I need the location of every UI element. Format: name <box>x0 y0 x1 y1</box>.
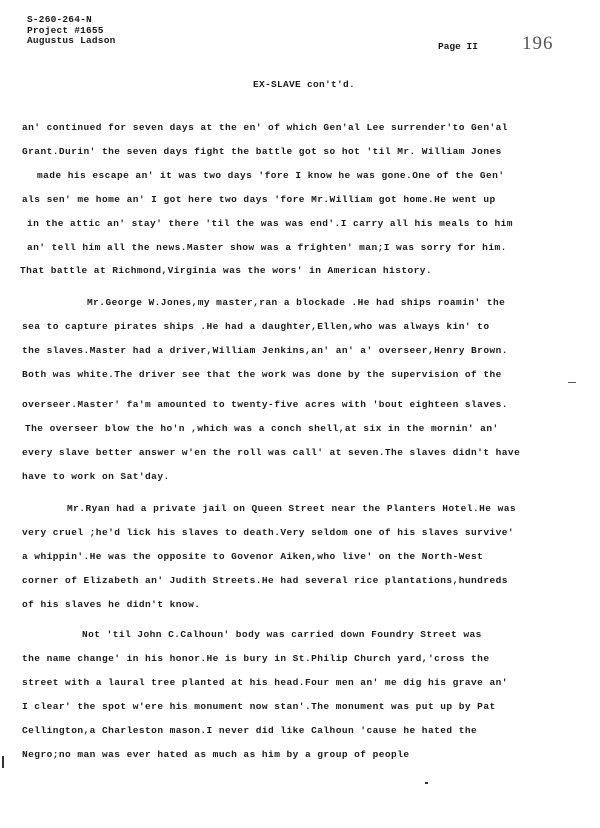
text-line: very cruel ;he'd lick his slaves to deat… <box>22 527 514 538</box>
scan-mark <box>2 756 4 768</box>
scan-mark <box>568 382 576 383</box>
text-line: Mr.Ryan had a private jail on Queen Stre… <box>67 503 516 514</box>
text-line: Not 'til John C.Calhoun' body was carrie… <box>82 629 482 640</box>
text-line: sea to capture pirates ships .He had a d… <box>22 321 489 332</box>
page-label: Page II <box>438 41 478 52</box>
text-line: a whippin'.He was the opposite to Goveno… <box>22 551 483 562</box>
document-page: S-260-264-N Project #1655 Augustus Ladso… <box>0 0 600 828</box>
text-line: have to work on Sat'day. <box>22 471 170 482</box>
document-header: S-260-264-N Project #1655 Augustus Ladso… <box>27 15 116 47</box>
text-line: in the attic an' stay' there 'til the wa… <box>27 218 513 229</box>
text-line: Cellington,a Charleston mason.I never di… <box>22 725 477 736</box>
text-line: I clear' the spot w'ere his monument now… <box>22 701 496 712</box>
text-line: The overseer blow the ho'n ,which was a … <box>25 423 499 434</box>
text-line: an' continued for seven days at the en' … <box>22 122 508 133</box>
page-title: EX-SLAVE con't'd. <box>253 79 355 90</box>
text-line: overseer.Master' fa'm amounted to twenty… <box>22 399 508 410</box>
text-line: Mr.George W.Jones,my master,ran a blocka… <box>87 297 505 308</box>
text-line: every slave better answer w'en the roll … <box>22 447 520 458</box>
text-line: Negro;no man was ever hated as much as h… <box>22 749 410 760</box>
scan-mark <box>425 782 428 784</box>
text-line: street with a laural tree planted at his… <box>22 677 508 688</box>
text-line: the name change' in his honor.He is bury… <box>22 653 489 664</box>
text-line: corner of Elizabeth an' Judith Streets.H… <box>22 575 508 586</box>
text-line: the slaves.Master had a driver,William J… <box>22 345 508 356</box>
text-line: That battle at Richmond,Virginia was the… <box>20 265 432 276</box>
informant-name: Augustus Ladson <box>27 36 116 47</box>
stamp-number: 196 <box>522 33 554 55</box>
text-line: Both was white.The driver see that the w… <box>22 369 502 380</box>
text-line: made his escape an' it was two days 'for… <box>37 170 504 181</box>
text-line: an' tell him all the news.Master show wa… <box>27 242 507 253</box>
file-code: S-260-264-N <box>27 15 116 26</box>
text-line: of his slaves he didn't know. <box>22 599 200 610</box>
text-line: als sen' me home an' I got here two days… <box>22 194 496 205</box>
text-line: Grant.Durin' the seven days fight the ba… <box>22 146 502 157</box>
